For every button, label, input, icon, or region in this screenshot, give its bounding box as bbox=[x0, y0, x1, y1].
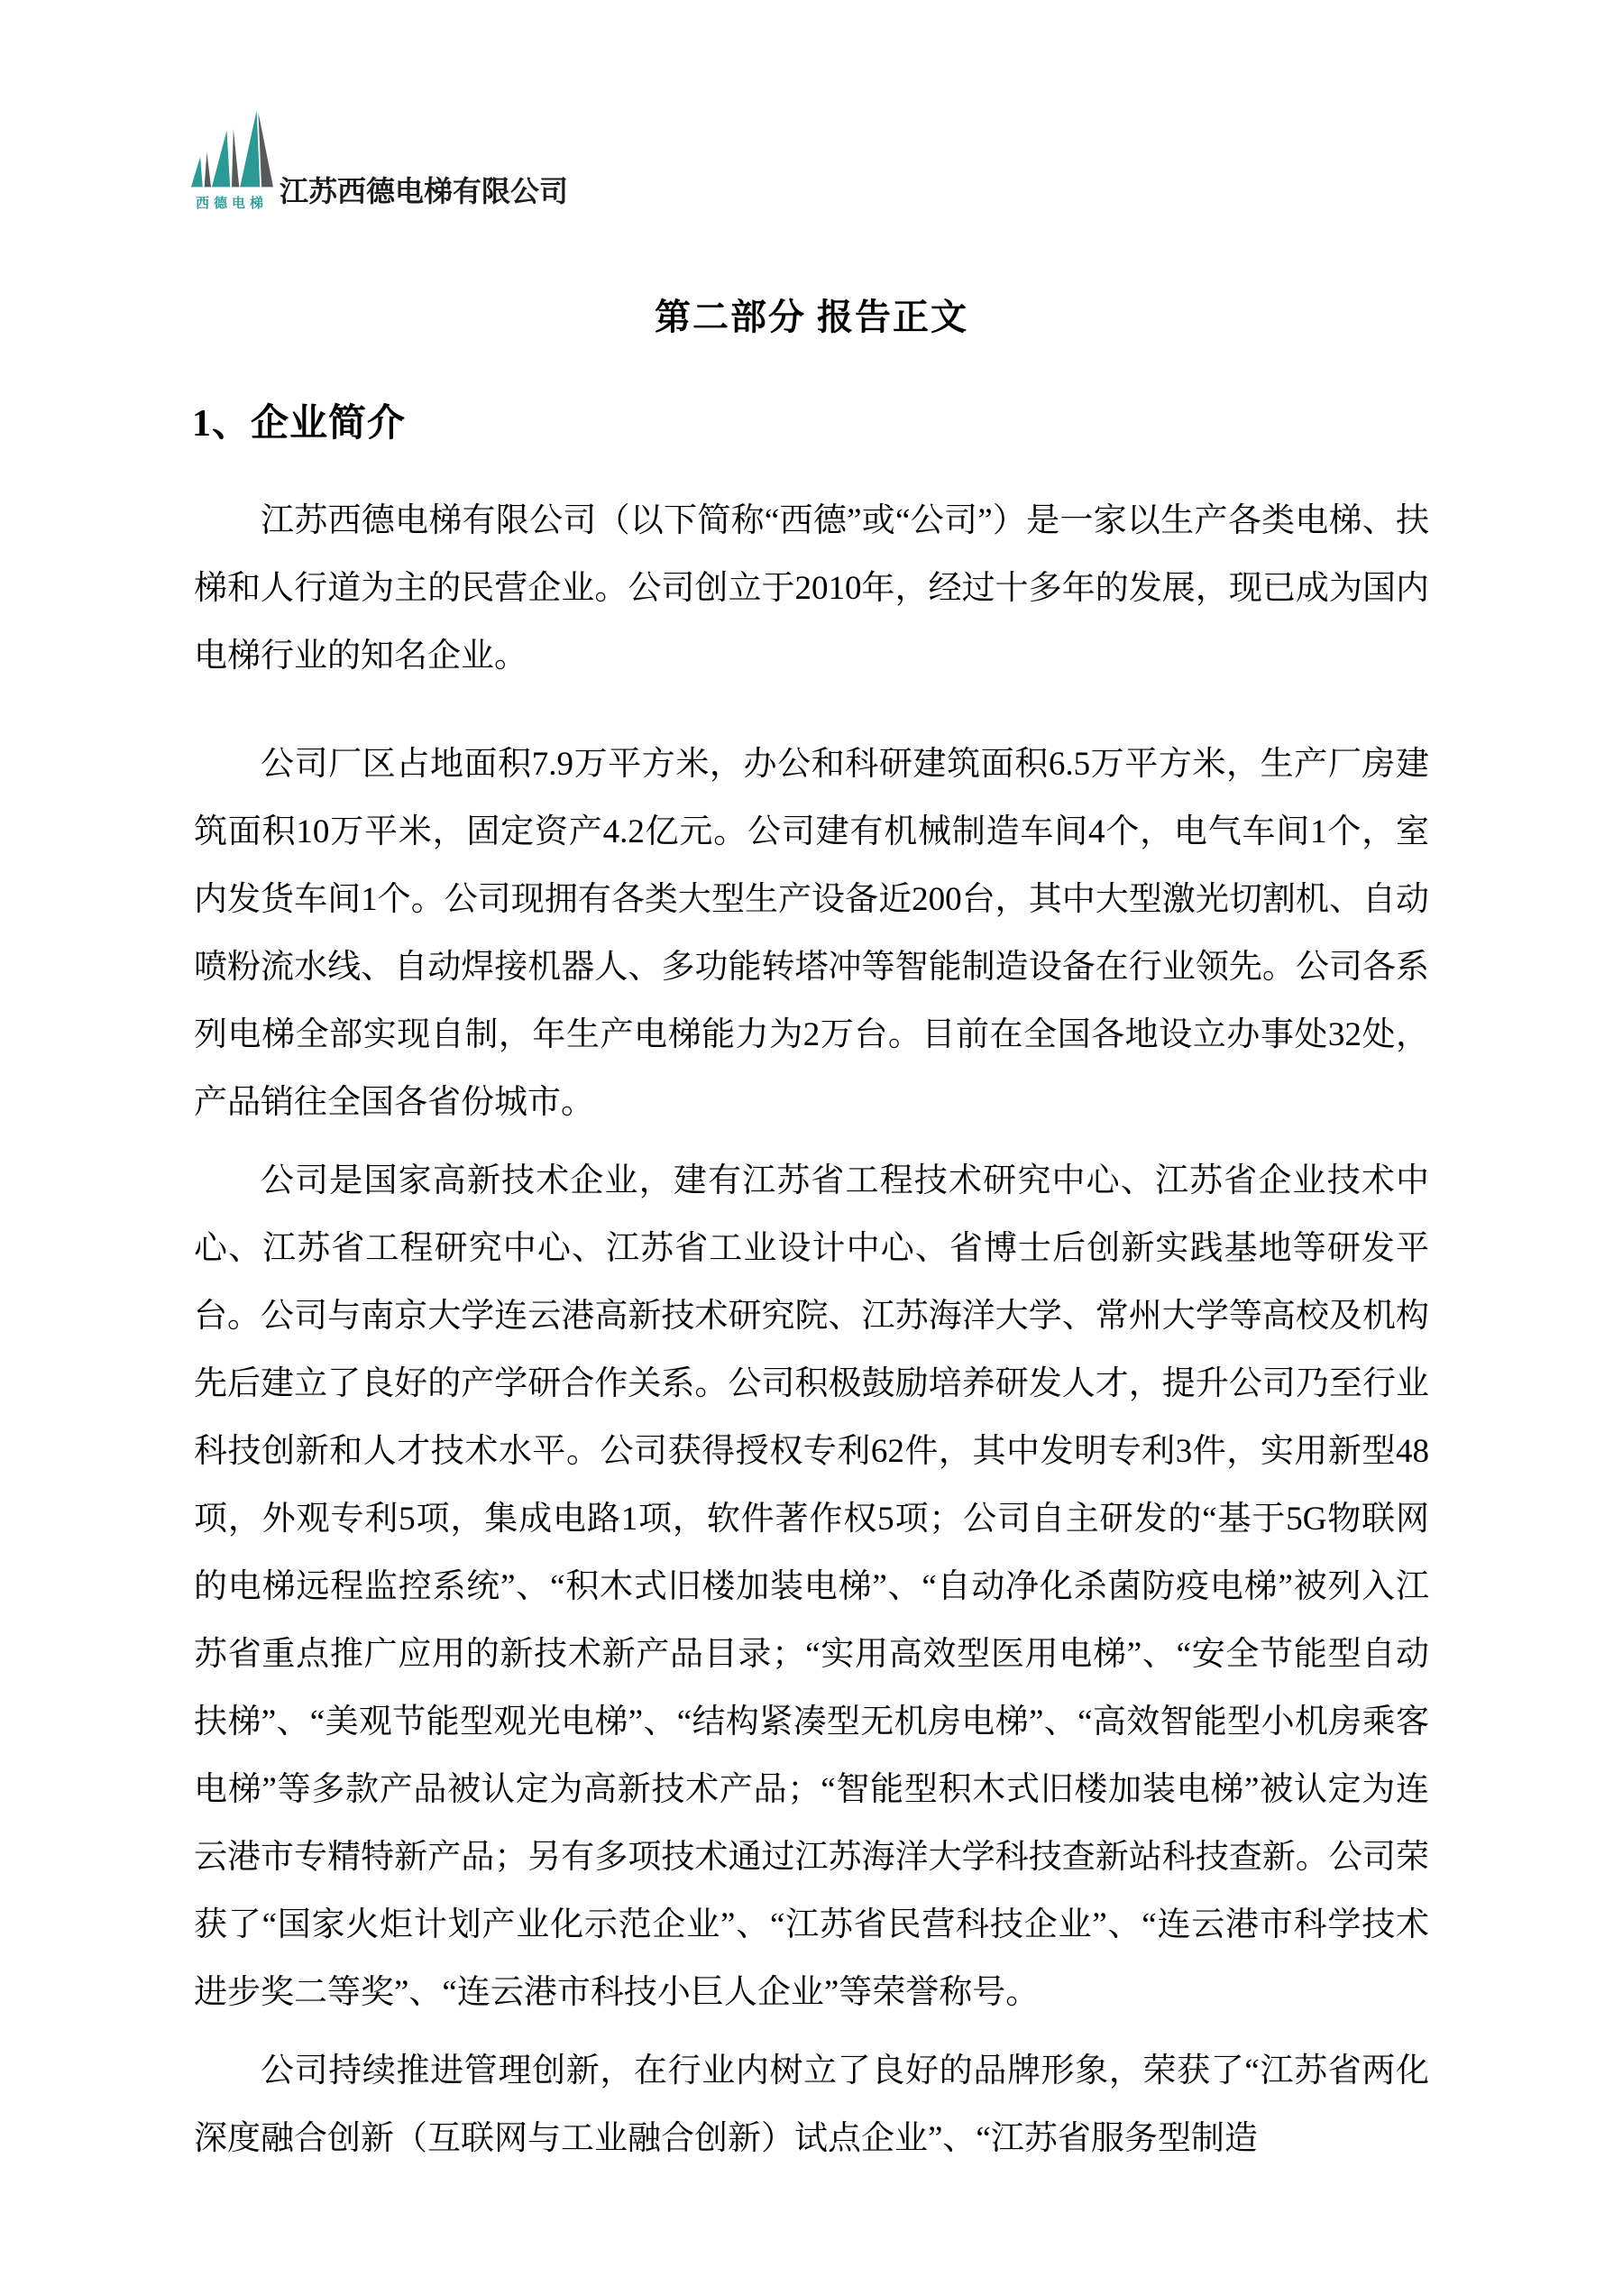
body-paragraph: 江苏西德电梯有限公司（以下简称“西德”或“公司”）是一家以生产各类电梯、扶梯和人… bbox=[194, 487, 1429, 690]
report-title: 第二部分 报告正文 bbox=[0, 289, 1623, 340]
report-body: 江苏西德电梯有限公司（以下简称“西德”或“公司”）是一家以生产各类电梯、扶梯和人… bbox=[194, 487, 1429, 2172]
elevator-sails-logo-icon bbox=[190, 110, 273, 188]
company-logo: 西德电梯 bbox=[189, 110, 274, 212]
body-paragraph: 公司厂区占地面积7.9万平方米，办公和科研建筑面积6.5万平方米，生产厂房建筑面… bbox=[194, 730, 1429, 1136]
section-heading: 1、企业简介 bbox=[192, 393, 406, 447]
body-paragraph: 公司持续推进管理创新，在行业内树立了良好的品牌形象，荣获了“江苏省两化深度融合创… bbox=[194, 2037, 1429, 2172]
company-logo-header: 西德电梯 江苏西德电梯有限公司 bbox=[189, 110, 568, 212]
company-name: 江苏西德电梯有限公司 bbox=[280, 169, 568, 210]
page: { "header": { "logo_caption": "西德电梯", "c… bbox=[0, 0, 1623, 2296]
logo-caption: 西德电梯 bbox=[196, 193, 268, 212]
body-paragraph: 公司是国家高新技术企业，建有江苏省工程技术研究中心、江苏省企业技术中心、江苏省工… bbox=[194, 1147, 1429, 2026]
